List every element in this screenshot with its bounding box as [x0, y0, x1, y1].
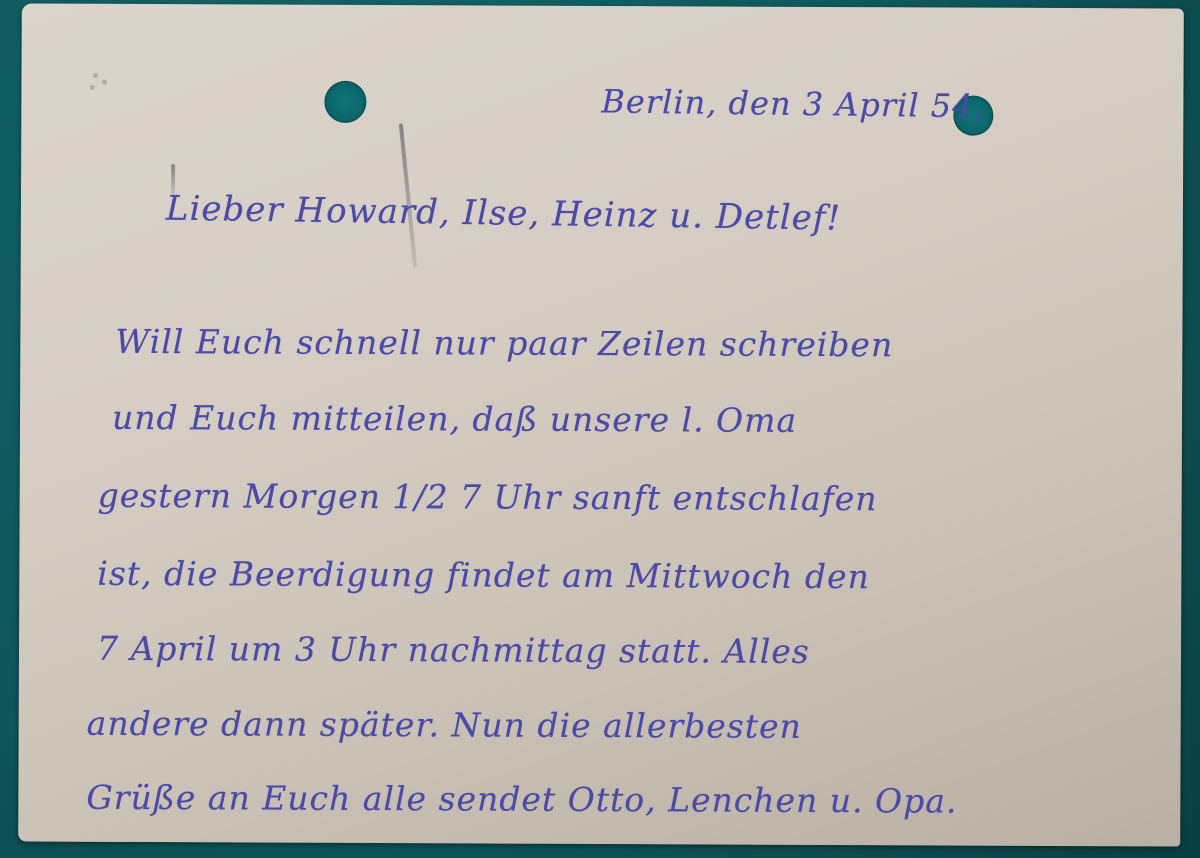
body-line: andere dann später. Nun die allerbesten	[87, 704, 802, 746]
body-line: ist, die Beerdigung findet am Mittwoch d…	[97, 554, 870, 596]
salutation: Lieber Howard, Ilse, Heinz u. Detlef!	[166, 189, 842, 239]
punch-hole-left	[324, 81, 366, 123]
postcard: Berlin, den 3 April 54. Lieber Howard, I…	[18, 3, 1184, 846]
body-line: und Euch mitteilen, daß unsere l. Oma	[112, 398, 797, 440]
body-line: Will Euch schnell nur paar Zeilen schrei…	[115, 322, 893, 364]
dateline: Berlin, den 3 April 54.	[601, 82, 985, 125]
body-line: gestern Morgen 1/2 7 Uhr sanft entschlaf…	[98, 476, 878, 518]
body-line: Grüße an Euch alle sendet Otto, Lenchen …	[86, 778, 957, 821]
ink-smudge	[83, 62, 113, 96]
body-line: 7 April um 3 Uhr nachmittag statt. Alles	[97, 629, 810, 671]
